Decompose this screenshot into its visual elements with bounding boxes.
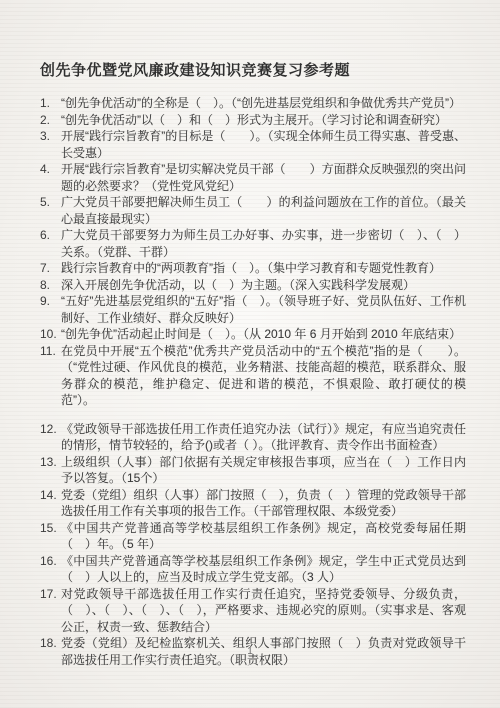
question-text: 党委（党组）组织（人事）部门按照（ ），负责（ ）管理的党政领导干部选拔任用工作… <box>61 487 466 520</box>
question-number: 14. <box>40 487 61 504</box>
question-item: 3.开展“践行宗旨教育”的目标是（ ）。（实现全体师生员工得实惠、普受惠、长受惠… <box>40 128 466 161</box>
question-number: 13. <box>40 454 61 471</box>
question-number: 1. <box>40 95 61 112</box>
question-text: 《中国共产党普通高等学校基层组织工作条例》规定，高校党委每届任期（ ）年。（5 … <box>61 520 466 553</box>
question-text: 对党政领导干部选拔任用工作实行责任追究，坚持党委领导、分级负责，（ ）、（ ）、… <box>61 586 466 636</box>
document-page: 创先争优暨党风廉政建设知识竞赛复习参考题 1.“创先争优活动”的全称是（ ）。（… <box>40 62 466 668</box>
page-title: 创先争优暨党风廉政建设知识竞赛复习参考题 <box>40 62 466 80</box>
question-text: 践行宗旨教育中的“两项教育”指（ ）。（集中学习教育和专题党性教育） <box>61 260 466 277</box>
question-item: 7.践行宗旨教育中的“两项教育”指（ ）。（集中学习教育和专题党性教育） <box>40 260 466 277</box>
question-number: 8. <box>40 277 61 294</box>
question-text: “创先争优活动”以（ ）和（ ）形式为主展开。（学习讨论和调查研究） <box>61 112 466 129</box>
page-number: 1 <box>0 646 500 657</box>
question-number: 9. <box>40 293 61 310</box>
question-text: 深入开展创先争优活动，以（ ）为主题。（深入实践科学发展观） <box>61 277 466 294</box>
question-item: 5.广大党员干部要把解决师生员工（ ）的利益问题放在工作的首位。（最关心最直接最… <box>40 194 466 227</box>
question-item: 9.“五好”先进基层党组织的“五好”指（ ）。（领导班子好、党员队伍好、工作机制… <box>40 293 466 326</box>
question-item: 1.“创先争优活动”的全称是（ ）。（“创先进基层党组织和争做优秀共产党员”） <box>40 95 466 112</box>
question-number: 7. <box>40 260 61 277</box>
question-text: “创先争优活动”的全称是（ ）。（“创先进基层党组织和争做优秀共产党员”） <box>61 95 466 112</box>
question-text: 《党政领导干部选拔任用工作责任追究办法（试行）》规定，有应当追究责任的情形，情节… <box>61 421 466 454</box>
question-text: 开展“践行宗旨教育”的目标是（ ）。（实现全体师生员工得实惠、普受惠、长受惠） <box>61 128 466 161</box>
question-item: 14.党委（党组）组织（人事）部门按照（ ），负责（ ）管理的党政领导干部选拔任… <box>40 487 466 520</box>
question-text: 《中国共产党普通高等学校基层组织工作条例》规定，学生中正式党员达到（ ）人以上的… <box>61 553 466 586</box>
question-number: 16. <box>40 553 61 570</box>
question-number: 5. <box>40 194 61 211</box>
question-item: 13.上级组织（人事）部门依据有关规定审核报告事项，应当在（ ）工作日内予以答复… <box>40 454 466 487</box>
question-item: 6.广大党员干部要努力为师生员工办好事、办实事，进一步密切（ ）、（ ）关系。（… <box>40 227 466 260</box>
question-text: “五好”先进基层党组织的“五好”指（ ）。（领导班子好、党员队伍好、工作机制好、… <box>61 293 466 326</box>
question-number: 2. <box>40 112 61 129</box>
question-list: 1.“创先争优活动”的全称是（ ）。（“创先进基层党组织和争做优秀共产党员”）2… <box>40 95 466 668</box>
question-number: 11. <box>40 343 61 360</box>
question-number: 10. <box>40 326 61 343</box>
question-number: 4. <box>40 161 61 178</box>
question-item: 12.《党政领导干部选拔任用工作责任追究办法（试行）》规定，有应当追究责任的情形… <box>40 421 466 454</box>
question-item: 15.《中国共产党普通高等学校基层组织工作条例》规定，高校党委每届任期（ ）年。… <box>40 520 466 553</box>
question-item: 4.开展“践行宗旨教育”是切实解决党员干部（ ）方面群众反映强烈的突出问题的必然… <box>40 161 466 194</box>
question-text: 在党员中开展“五个模范”优秀共产党员活动中的“五个模范”指的是（ ）。（“党性过… <box>61 343 466 409</box>
question-number: 12. <box>40 421 61 438</box>
question-number: 3. <box>40 128 61 145</box>
question-item: 2.“创先争优活动”以（ ）和（ ）形式为主展开。（学习讨论和调查研究） <box>40 112 466 129</box>
question-item: 16.《中国共产党普通高等学校基层组织工作条例》规定，学生中正式党员达到（ ）人… <box>40 553 466 586</box>
question-item: 11.在党员中开展“五个模范”优秀共产党员活动中的“五个模范”指的是（ ）。（“… <box>40 343 466 409</box>
question-number: 17. <box>40 586 61 603</box>
question-number: 15. <box>40 520 61 537</box>
question-item: 10.“创先争优”活动起止时间是（ ）。（从 2010 年 6 月开始到 201… <box>40 326 466 343</box>
question-text: 上级组织（人事）部门依据有关规定审核报告事项，应当在（ ）工作日内予以答复。（1… <box>61 454 466 487</box>
question-number: 6. <box>40 227 61 244</box>
question-item: 8.深入开展创先争优活动，以（ ）为主题。（深入实践科学发展观） <box>40 277 466 294</box>
question-text: 广大党员干部要努力为师生员工办好事、办实事，进一步密切（ ）、（ ）关系。（党群… <box>61 227 466 260</box>
question-text: 开展“践行宗旨教育”是切实解决党员干部（ ）方面群众反映强烈的突出问题的必然要求… <box>61 161 466 194</box>
question-item: 17.对党政领导干部选拔任用工作实行责任追究，坚持党委领导、分级负责，（ ）、（… <box>40 586 466 636</box>
question-text: 广大党员干部要把解决师生员工（ ）的利益问题放在工作的首位。（最关心最直接最现实… <box>61 194 466 227</box>
question-text: “创先争优”活动起止时间是（ ）。（从 2010 年 6 月开始到 2010 年… <box>61 326 466 343</box>
